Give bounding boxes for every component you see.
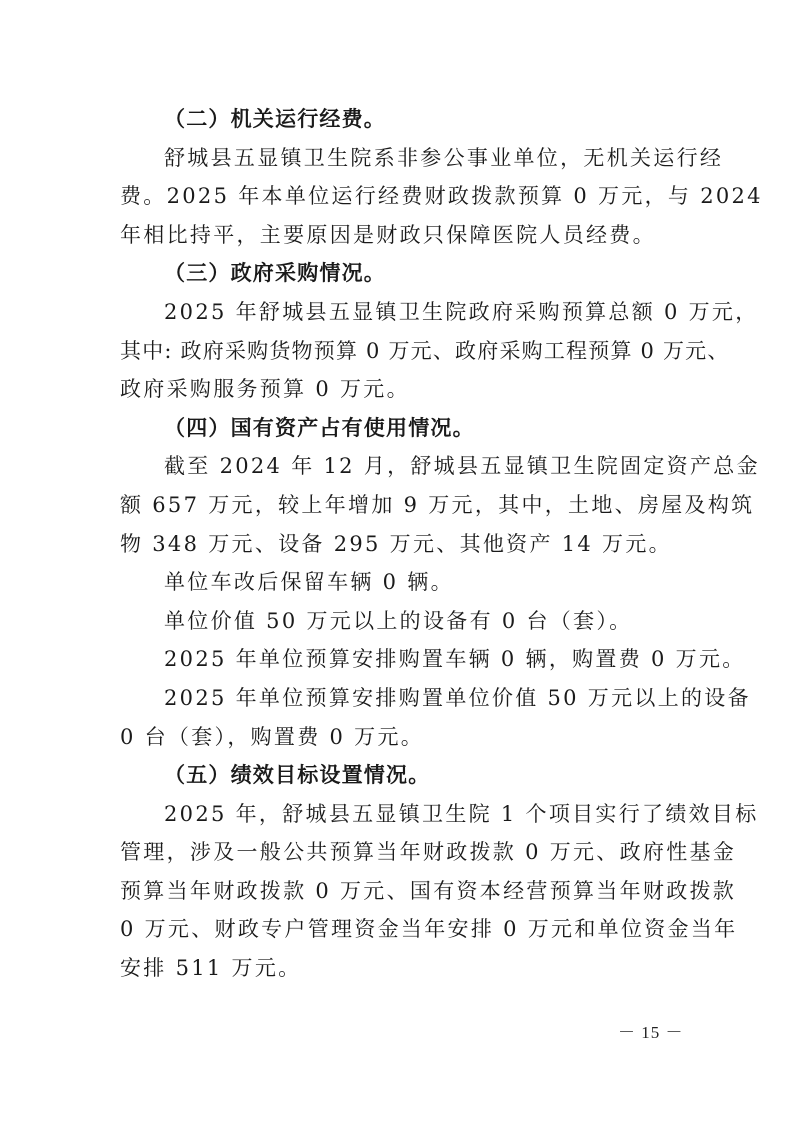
document-page: （二）机关运行经费。 舒城县五显镇卫生院系非参公事业单位，无机关运行经 费。20… xyxy=(120,100,673,988)
paragraph-line: 0 万元、财政专户管理资金当年安排 0 万元和单位资金当年 xyxy=(120,910,673,949)
section-heading: （五）绩效目标设置情况。 xyxy=(120,756,673,795)
section-heading: （三）政府采购情况。 xyxy=(120,254,673,293)
section-performance-targets: （五）绩效目标设置情况。 2025 年，舒城县五显镇卫生院 1 个项目实行了绩效… xyxy=(120,756,673,988)
paragraph-line: 管理，涉及一般公共预算当年财政拨款 0 万元、政府性基金 xyxy=(120,833,673,872)
paragraph-line: 2025 年单位预算安排购置单位价值 50 万元以上的设备 xyxy=(120,679,673,718)
paragraph-line: 舒城县五显镇卫生院系非参公事业单位，无机关运行经 xyxy=(120,139,673,178)
paragraph-line: 2025 年单位预算安排购置车辆 0 辆，购置费 0 万元。 xyxy=(120,640,673,679)
paragraph-line: 安排 511 万元。 xyxy=(120,949,673,988)
section-operating-expenses: （二）机关运行经费。 舒城县五显镇卫生院系非参公事业单位，无机关运行经 费。20… xyxy=(120,100,673,254)
paragraph-line: 单位车改后保留车辆 0 辆。 xyxy=(120,563,673,602)
paragraph-line: 2025 年，舒城县五显镇卫生院 1 个项目实行了绩效目标 xyxy=(120,795,673,834)
paragraph-line: 政府采购服务预算 0 万元。 xyxy=(120,370,673,409)
paragraph-line: 其中: 政府采购货物预算 0 万元、政府采购工程预算 0 万元、 xyxy=(120,332,673,371)
section-heading: （二）机关运行经费。 xyxy=(120,100,673,139)
paragraph-line: 2025 年舒城县五显镇卫生院政府采购预算总额 0 万元， xyxy=(120,293,673,332)
paragraph-line: 额 657 万元，较上年增加 9 万元，其中，土地、房屋及构筑 xyxy=(120,486,673,525)
section-heading: （四）国有资产占有使用情况。 xyxy=(120,409,673,448)
paragraph-line: 0 台（套），购置费 0 万元。 xyxy=(120,718,673,757)
paragraph-line: 单位价值 50 万元以上的设备有 0 台（套）。 xyxy=(120,602,673,641)
paragraph-line: 截至 2024 年 12 月，舒城县五显镇卫生院固定资产总金 xyxy=(120,447,673,486)
paragraph-line: 预算当年财政拨款 0 万元、国有资本经营预算当年财政拨款 xyxy=(120,872,673,911)
section-state-assets: （四）国有资产占有使用情况。 截至 2024 年 12 月，舒城县五显镇卫生院固… xyxy=(120,409,673,756)
paragraph-line: 年相比持平，主要原因是财政只保障医院人员经费。 xyxy=(120,216,673,255)
paragraph-line: 费。2025 年本单位运行经费财政拨款预算 0 万元，与 2024 xyxy=(120,177,673,216)
paragraph-line: 物 348 万元、设备 295 万元、其他资产 14 万元。 xyxy=(120,525,673,564)
section-government-procurement: （三）政府采购情况。 2025 年舒城县五显镇卫生院政府采购预算总额 0 万元，… xyxy=(120,254,673,408)
page-number: － 15 － xyxy=(618,1018,684,1043)
